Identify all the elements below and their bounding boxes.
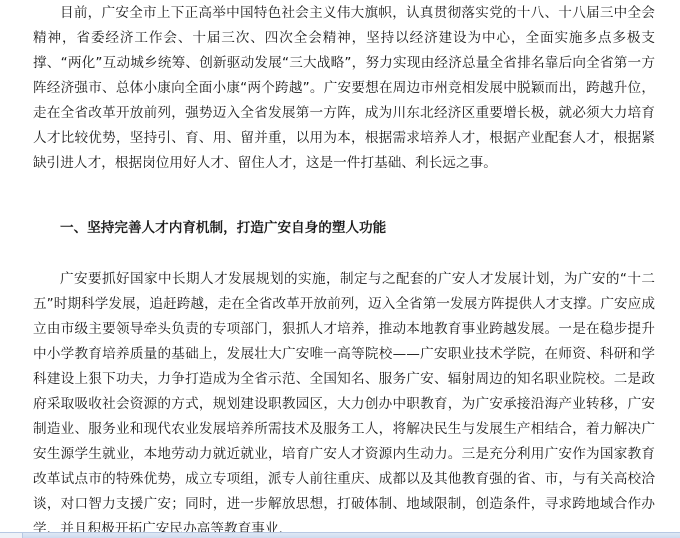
bottom-edge-tab bbox=[0, 533, 23, 538]
window-bottom-edge bbox=[0, 532, 680, 538]
section-body-paragraph: 广安要抓好国家中长期人才发展规划的实施，制定与之配套的广安人才发展计划，为广安的… bbox=[33, 267, 655, 532]
intro-paragraph: 目前，广安全市上下正高举中国特色社会主义伟大旗帜，认真贯彻落实党的十八、十八届三… bbox=[33, 1, 655, 176]
section-heading: 一、坚持完善人才内育机制，打造广安自身的塑人功能 bbox=[33, 216, 655, 241]
document-page: 目前，广安全市上下正高举中国特色社会主义伟大旗帜，认真贯彻落实党的十八、十八届三… bbox=[0, 0, 680, 532]
